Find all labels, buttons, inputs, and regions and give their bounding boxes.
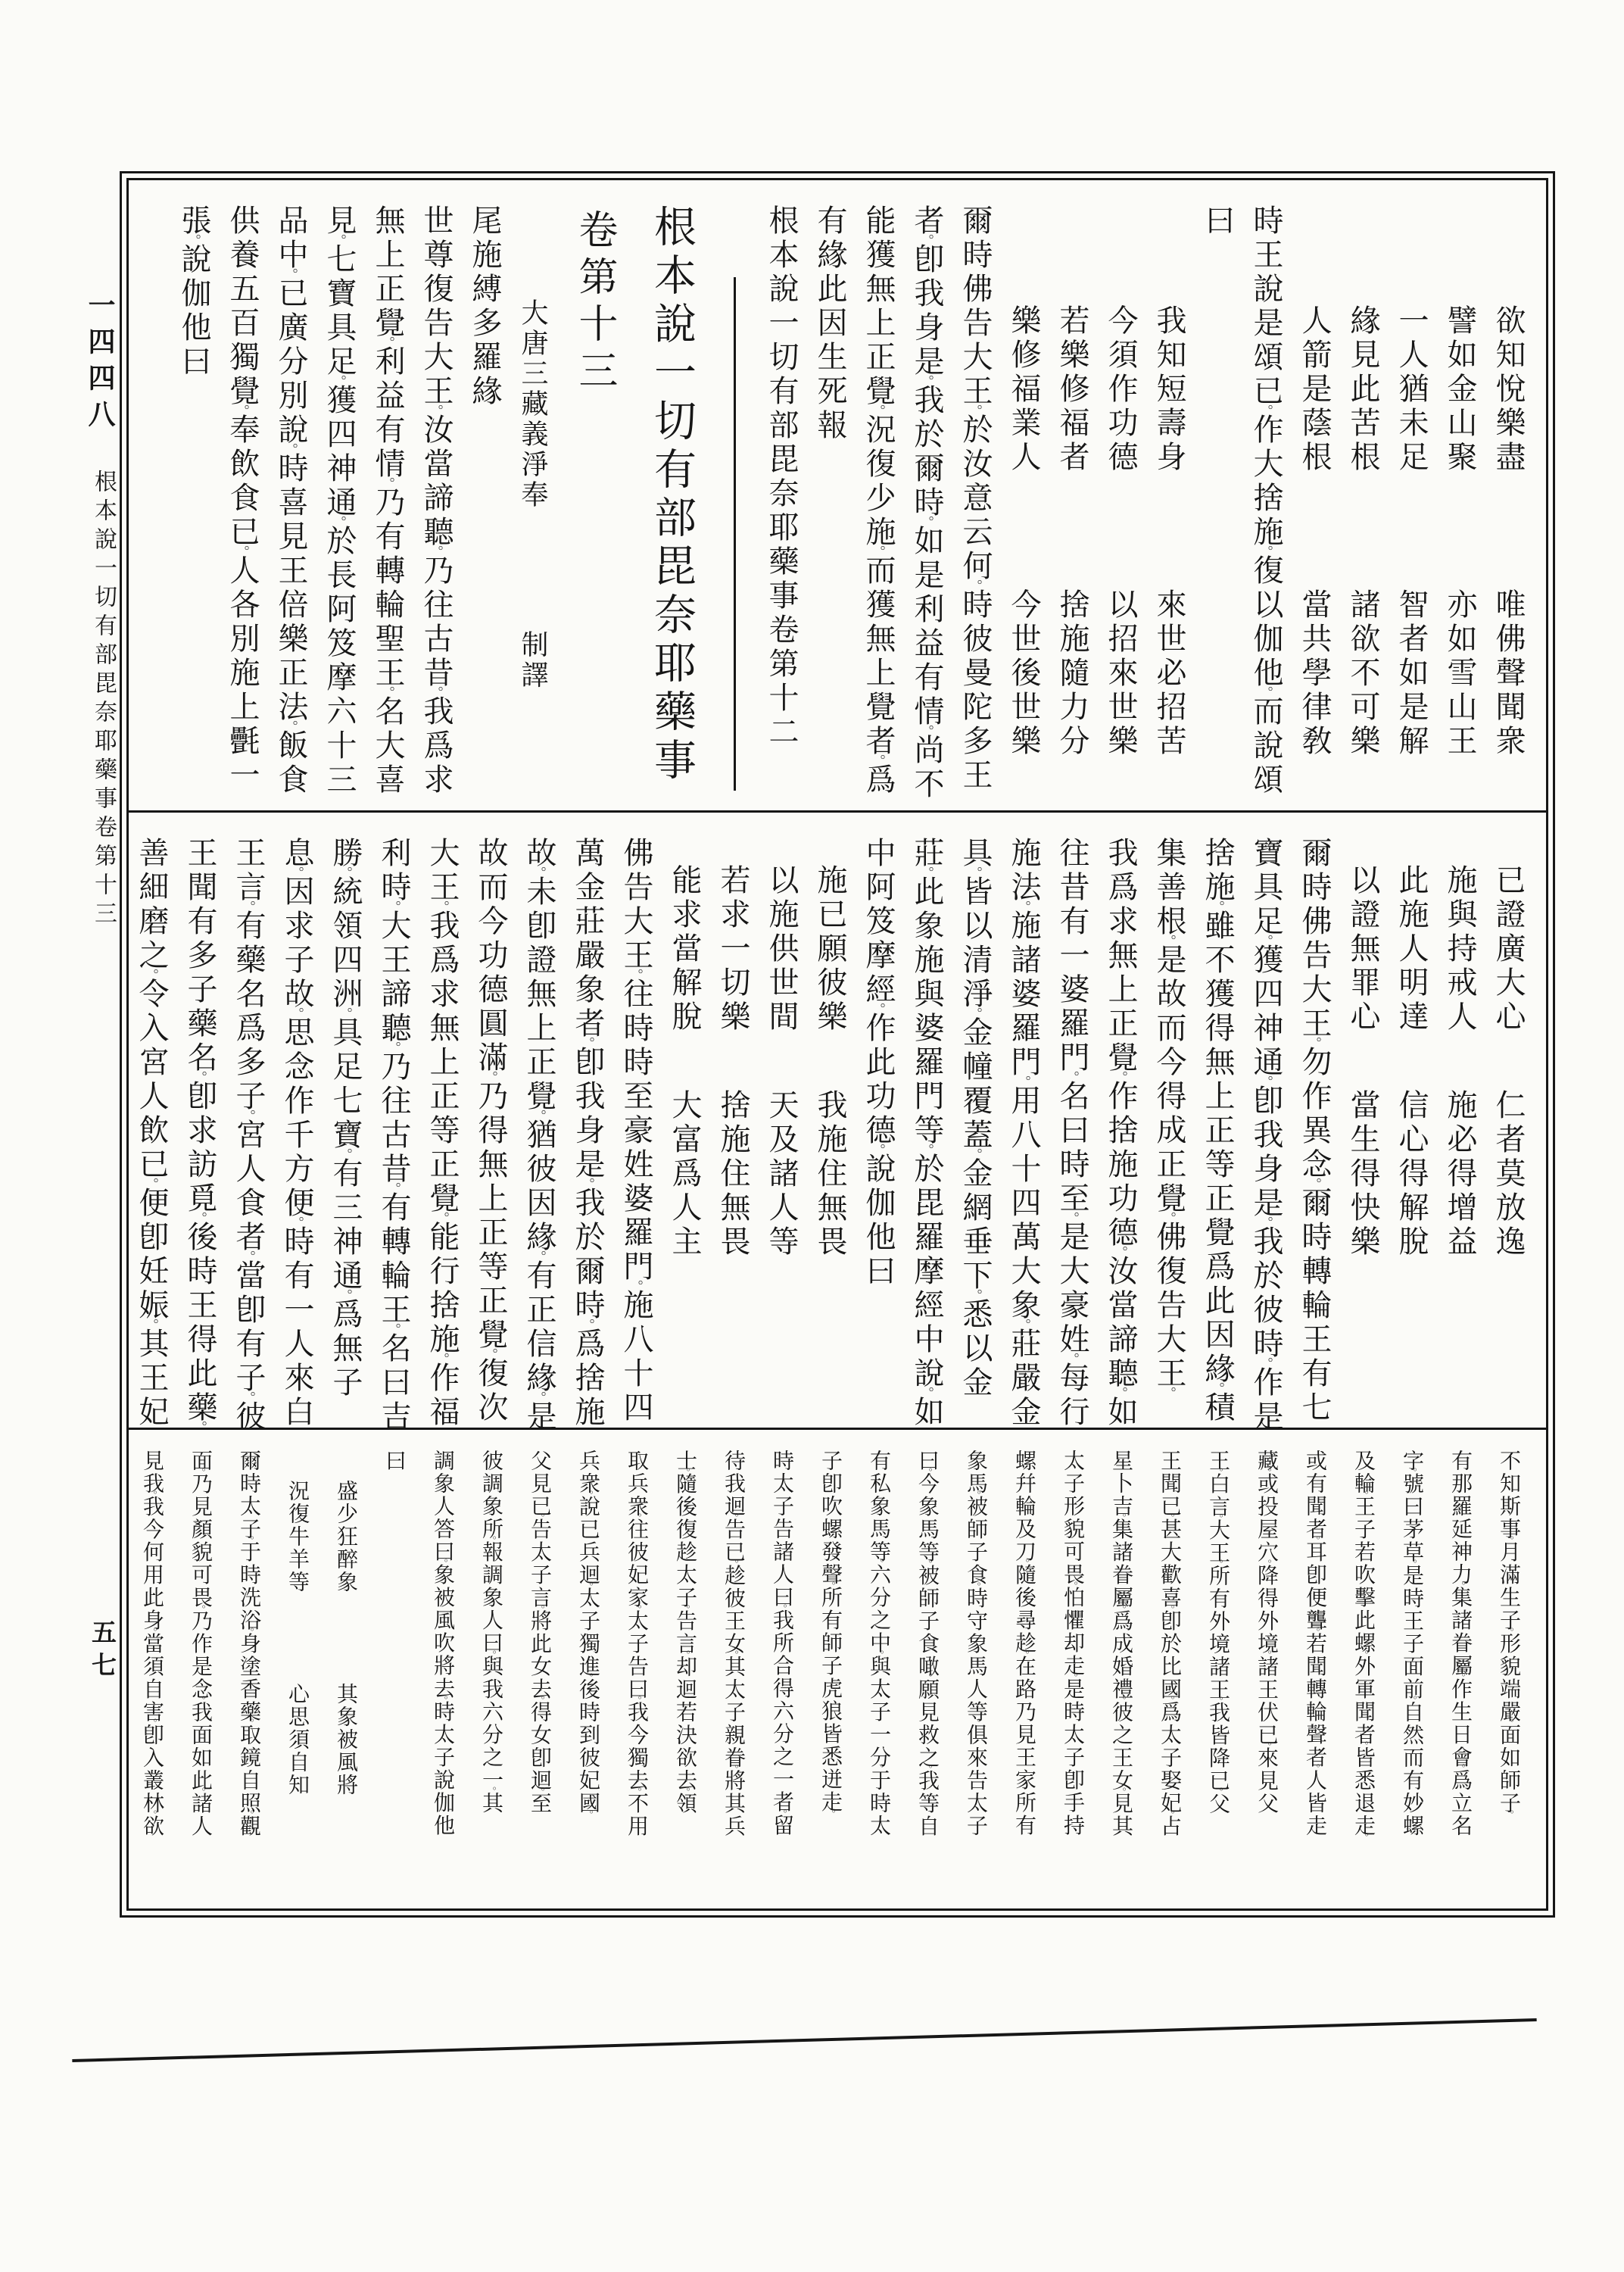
text-column: 太子形貌可畏。怕懼却走。是時太子卽手持 xyxy=(1049,1450,1095,1908)
text-column: 彼調象所。報調象人曰。與我六分之一。其 xyxy=(468,1450,513,1908)
text-column: 父見已。告太子言。將此女去。得女卽迴。至 xyxy=(516,1450,562,1908)
text-column: 譬如金山聚亦如雪山王 xyxy=(1437,204,1482,810)
scanned-canon-page: { "colors":{"paper":"#fbfbf8","ink":"#16… xyxy=(0,0,1624,2272)
text-column: 況復牛羊等心思須自知 xyxy=(274,1450,320,1908)
text-column: 見我。我今何用此身。當須自害。卽入叢林。欲 xyxy=(129,1450,174,1908)
text-column: 時王說是頌已。作大捨施。復以伽他。而說頌 xyxy=(1243,204,1289,810)
text-column: 世尊復告大王。汝當諦聽。乃往古昔。我爲求 xyxy=(413,204,459,810)
text-column: 佛告大王。往時時至豪姓婆羅門。施八十四 xyxy=(613,837,659,1428)
text-column: 無上正覺。利益有情。乃有轉輪聖王。名大喜 xyxy=(365,204,410,810)
text-column: 若樂修福者捨施隨力分 xyxy=(1049,204,1095,810)
text-column: 曰。今象馬等。被師子食噉。願見救之。我等自 xyxy=(904,1450,949,1908)
text-column: 張。說伽他曰 xyxy=(171,204,217,810)
text-column: 有那羅延神力。集諸眷屬。作生日會。爲立名 xyxy=(1437,1450,1482,1908)
text-column: 曰 xyxy=(371,1450,416,1908)
text-column: 一人猶未足智者如是解 xyxy=(1389,204,1434,810)
text-column: 萬金莊嚴象者。卽我身是。我於爾時。爲捨施 xyxy=(565,837,610,1428)
text-column: 及輪。王子若吹擊此螺。外軍聞者。皆悉退走。 xyxy=(1340,1450,1386,1908)
text-column: 寶具足。獲四神通。卽我身是。我於彼時。作是 xyxy=(1243,837,1289,1428)
text-column: 調象人答曰。象被風吹將去。時太子說伽他 xyxy=(419,1450,465,1908)
text-column: 尾施縛多羅緣 xyxy=(462,204,507,810)
text-column: 品中。已廣分別說。時喜見王倍樂正法。飯食 xyxy=(268,204,313,810)
text-column: 人箭是蔭根當共學律敎 xyxy=(1292,204,1337,810)
text-column: 見。七寶具足。獲四神通。於長阿笈摩六十三 xyxy=(316,204,362,810)
text-column: 根本說一切有部毘奈耶藥事 xyxy=(631,204,712,810)
text-column: 息。因求子故。思念作千方便。時有一人來白 xyxy=(274,837,320,1428)
text-column: 螺幷輪及刀。隨後尋趁。在路乃見王家所有 xyxy=(1001,1450,1046,1908)
page-frame-inner: 欲知悅樂盡唯佛聲聞衆譬如金山聚亦如雪山王一人猶未足智者如是解緣見此苦根諸欲不可樂… xyxy=(126,178,1548,1911)
register-middle: 已證廣大心仁者莫放逸施與持戒人施必得增益此施人明達信心得解脫以證無罪心當生得快樂… xyxy=(129,813,1546,1428)
text-column: 故而今功德圓滿。乃得無上正等正覺。復次 xyxy=(468,837,513,1428)
text-column: 善細磨之。令入宮人飲已。便卽妊娠。其王妃 xyxy=(129,837,174,1428)
text-column: 往昔有一婆羅門。名曰時至。是大豪姓。每行 xyxy=(1049,837,1095,1428)
text-column: 象馬。被師子食。時守象馬人等。俱來告太子 xyxy=(952,1450,998,1908)
text-column: 若求一切樂捨施住無畏 xyxy=(710,837,756,1428)
text-column: 施已願彼樂我施住無畏 xyxy=(807,837,853,1428)
text-column: 字。號曰茅草。是時王子面前。自然而有妙螺 xyxy=(1389,1450,1434,1908)
text-column: 施與持戒人施必得增益 xyxy=(1437,837,1482,1428)
register-bottom: 不知斯事。月滿生子。形貌端嚴。面如師子。有那羅延神力。集諸眷屬。作生日會。爲立名… xyxy=(129,1430,1546,1908)
text-column: 者。卽我身是。我於爾時。如是利益有情。尚不 xyxy=(904,204,949,810)
text-column: 士。隨後復趁太子。告言。却迴若決欲去。領 xyxy=(662,1450,707,1908)
text-column: 能求當解脫大富爲人主 xyxy=(662,837,707,1428)
text-column: 具。皆以清淨。金幢覆蓋。金網垂下。悉以金 xyxy=(952,837,998,1428)
text-column: 今須作功德以招來世樂 xyxy=(1098,204,1143,810)
text-column: 曰 xyxy=(1195,204,1240,810)
text-column: 根本說一切有部毘奈耶藥事卷第十二 xyxy=(759,204,804,810)
page-frame: 欲知悅樂盡唯佛聲聞衆譬如金山聚亦如雪山王一人猶未足智者如是解緣見此苦根諸欲不可樂… xyxy=(120,171,1555,1918)
text-column: 有緣此因生死報 xyxy=(807,204,853,810)
text-column: 取兵衆。往彼妃家。太子告曰。我今獨去。不用 xyxy=(613,1450,659,1908)
register-top: 欲知悅樂盡唯佛聲聞衆譬如金山聚亦如雪山王一人猶未足智者如是解緣見此苦根諸欲不可樂… xyxy=(129,180,1546,810)
text-column: 王言。有藥名爲多子。宮人食者。當卽有子。彼 xyxy=(226,837,271,1428)
text-column: 待我迴。告已。趁彼王女。其太子親眷。將其兵 xyxy=(710,1450,756,1908)
running-title: 根本說一切有部毘奈耶藥事卷第十三 xyxy=(85,470,120,930)
text-column: 盛少狂醉象其象被風將 xyxy=(323,1450,368,1908)
text-column: 子卽吹螺發聲。所有師子虎狼皆悉迸走。 xyxy=(807,1450,853,1908)
footer-rule xyxy=(72,2018,1536,2062)
text-column: 王。白言。大王。所有外境諸王。我皆降已。父 xyxy=(1195,1450,1240,1908)
text-column: 或有聞者。耳卽便聾。若聞轉輪聲者。人皆走 xyxy=(1292,1450,1337,1908)
text-column: 此施人明達信心得解脫 xyxy=(1389,837,1434,1428)
text-column: 莊。此象施與婆羅門等。於毘羅摩經中說。如 xyxy=(904,837,949,1428)
text-column: 星卜吉。集諸眷屬。爲成婚禮。彼之王女。見其 xyxy=(1098,1450,1143,1908)
text-column: 爾時佛告大王。勿作異念。爾時轉輪王有七 xyxy=(1292,837,1337,1428)
text-column: 緣見此苦根諸欲不可樂 xyxy=(1340,204,1386,810)
text-column: 兵衆。說已兵迴。太子獨進。後時到彼妃國。 xyxy=(565,1450,610,1908)
page-number: 五七 xyxy=(85,1619,120,1684)
text-column: 我爲求無上正覺。作捨施功德。汝當諦聽。如 xyxy=(1098,837,1143,1428)
text-column: 大王。我爲求無上正等正覺。能行捨施。作福 xyxy=(419,837,465,1428)
column-divider-rule xyxy=(715,204,756,810)
folio-number: 一四四八 xyxy=(85,291,120,436)
text-column: 爾時太子。于時洗浴。身塗香藥。取鏡自照。觀 xyxy=(226,1450,271,1908)
text-column: 王聞有多子藥名。卽求訪覓。後時王得此藥。 xyxy=(177,837,223,1428)
text-column: 樂修福業人今世後世樂 xyxy=(1001,204,1046,810)
text-column: 以證無罪心當生得快樂 xyxy=(1340,837,1386,1428)
text-column: 王聞已。甚大歡喜。卽於比國。爲太子娶妃。占 xyxy=(1146,1450,1192,1908)
text-column: 有私象馬等。六分之中。與太子一分。于時太 xyxy=(856,1450,901,1908)
text-column: 卷第十三 xyxy=(559,204,628,810)
text-column: 中阿笈摩經。作此功德。說伽他曰 xyxy=(856,837,901,1428)
text-column: 不知斯事。月滿生子。形貌端嚴。面如師子。 xyxy=(1485,1450,1531,1908)
text-column: 能獲無上正覺。況復少施。而獲無上覺者。爲 xyxy=(856,204,901,810)
text-column: 勝。統領四洲。具足七寶。有三神通。爲無子 xyxy=(323,837,368,1428)
text-column: 藏。或投屋穴。降得外境。諸王伏已。來見父 xyxy=(1243,1450,1289,1908)
text-column: 面。乃見顏貌可畏。乃作是念。我面如此。諸人 xyxy=(177,1450,223,1908)
text-column: 捨施。雖不獲得無上正等正覺爲此因緣。積 xyxy=(1195,837,1240,1428)
text-column: 欲知悅樂盡唯佛聲聞衆 xyxy=(1485,204,1531,810)
text-column: 大唐三藏義淨奉制譯 xyxy=(510,204,556,810)
text-column: 供養五百獨覺。奉飲食已。人各別施上㲲一 xyxy=(220,204,265,810)
text-column: 已證廣大心仁者莫放逸 xyxy=(1485,837,1531,1428)
text-column: 我知短壽身來世必招苦 xyxy=(1146,204,1192,810)
text-column: 集善根。是故而今得成正覺。佛復告大王。 xyxy=(1146,837,1192,1428)
text-column: 故。未卽證無上正覺。猶彼因緣。有正信緣。是 xyxy=(516,837,562,1428)
text-column: 利時。大王諦聽。乃往古昔。有轉輪王。名曰吉 xyxy=(371,837,416,1428)
text-column: 以施供世間天及諸人等 xyxy=(759,837,804,1428)
text-column: 爾時佛告大王。於汝意云何。時彼曼陀多王 xyxy=(952,204,998,810)
text-column: 時太子告諸人曰。我所合得六分之一者。留 xyxy=(759,1450,804,1908)
text-column: 施法。施諸婆羅門。用八十四萬大象。莊嚴金 xyxy=(1001,837,1046,1428)
